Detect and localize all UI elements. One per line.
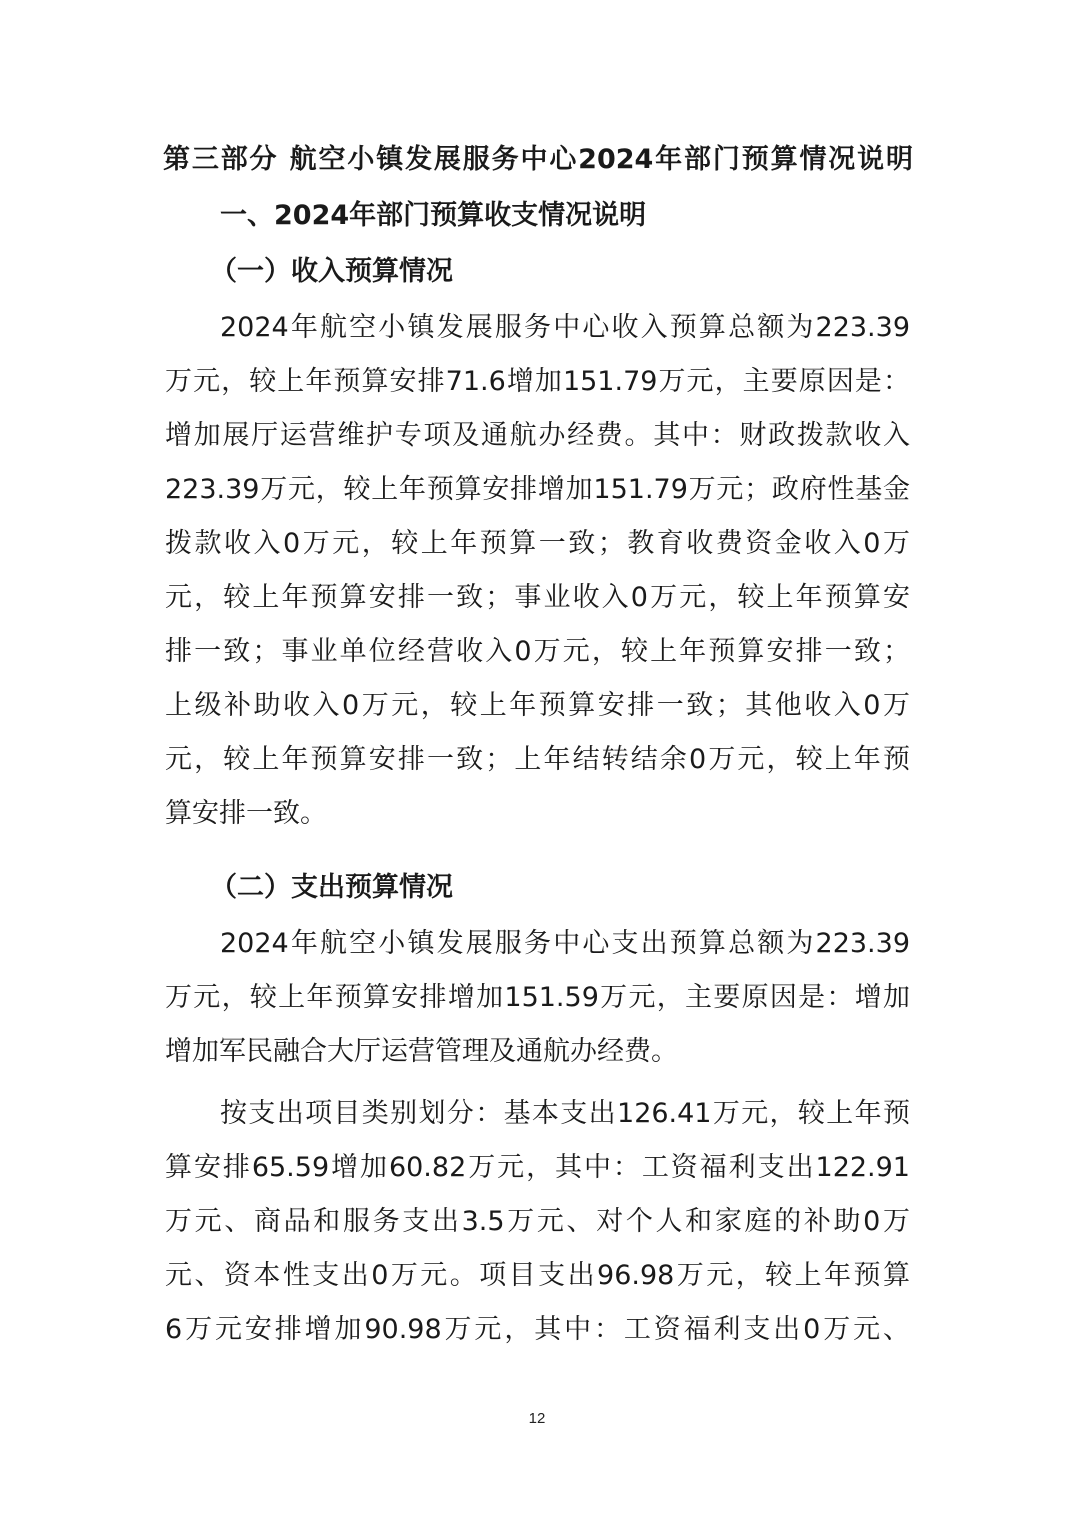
paragraph-line: 万元、商品和服务支出3.5万元、对个人和家庭的补助0万: [165, 1202, 910, 1242]
paragraph-line: 万元，较上年预算安排71.6增加151.79万元，主要原因是：: [165, 362, 910, 402]
paragraph-line: 2024年航空小镇发展服务中心支出预算总额为223.39: [220, 924, 910, 964]
paragraph-line: 元，较上年预算安排一致；事业收入0万元，较上年预算安: [165, 578, 910, 618]
paragraph-line: 上级补助收入0万元，较上年预算安排一致；其他收入0万: [165, 686, 910, 726]
page-title: 第三部分 航空小镇发展服务中心2024年部门预算情况说明: [163, 140, 913, 180]
paragraph-line: 6万元安排增加90.98万元，其中：工资福利支出0万元、: [165, 1310, 910, 1350]
paragraph-line: 增加军民融合大厅运营管理及通航办经费。: [165, 1032, 910, 1072]
paragraph-line: 算安排65.59增加60.82万元，其中：工资福利支出122.91: [165, 1148, 910, 1188]
paragraph-line: 排一致；事业单位经营收入0万元，较上年预算安排一致；: [165, 632, 910, 672]
paragraph-line: 按支出项目类别划分：基本支出126.41万元，较上年预: [220, 1094, 910, 1134]
paragraph-line: 万元，较上年预算安排增加151.59万元，主要原因是：增加: [165, 978, 910, 1018]
paragraph-line: 2024年航空小镇发展服务中心收入预算总额为223.39: [220, 308, 910, 348]
paragraph-line: 增加展厅运营维护专项及通航办经费。其中：财政拨款收入: [165, 416, 910, 456]
paragraph-line: 元，较上年预算安排一致；上年结转结余0万元，较上年预: [165, 740, 910, 780]
subsection-heading-income: （一）收入预算情况: [210, 252, 453, 292]
paragraph-line: 223.39万元，较上年预算安排增加151.79万元；政府性基金: [165, 470, 910, 510]
subsection-heading-expense: （二）支出预算情况: [210, 868, 453, 908]
page-number: 12: [0, 1410, 1074, 1427]
section-heading-1: 一、2024年部门预算收支情况说明: [220, 196, 646, 236]
paragraph-line: 算安排一致。: [165, 794, 910, 834]
paragraph-line: 拨款收入0万元，较上年预算一致；教育收费资金收入0万: [165, 524, 910, 564]
document-page: 第三部分 航空小镇发展服务中心2024年部门预算情况说明 一、2024年部门预算…: [0, 0, 1074, 1520]
paragraph-line: 元、资本性支出0万元。项目支出96.98万元，较上年预算: [165, 1256, 910, 1296]
